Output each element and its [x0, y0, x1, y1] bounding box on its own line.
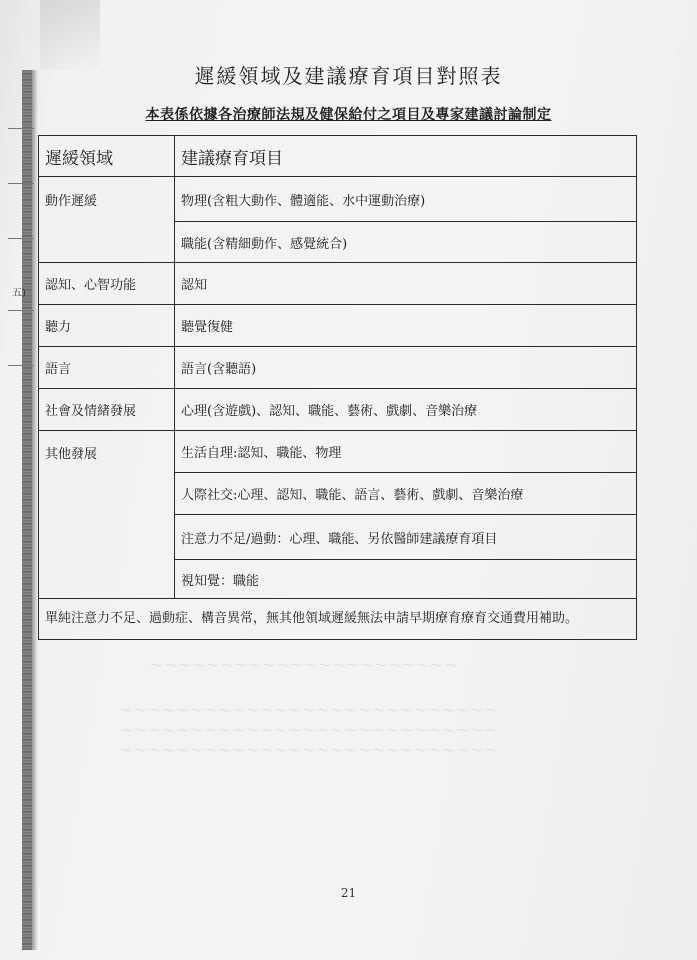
table-row: 聽力 聽覺復健 [39, 305, 637, 347]
domain-cell: 動作遲緩 [39, 177, 175, 222]
page-number: 21 [0, 886, 697, 900]
margin-tick [8, 128, 34, 129]
domain-cell: 聽力 [39, 305, 175, 347]
item-cell: 聽覺復健 [175, 305, 637, 347]
bleed-through-text: ～～～～～～～～～～～～～～～～～～～～～～～～～～～ [120, 720, 498, 739]
bleed-through-text: ～～～～～～～～～～～～～～～～～～～～～～～～～～～ [120, 700, 498, 719]
margin-tick [8, 238, 34, 239]
document-subtitle: 本表係依據各治療師法規及健保給付之項目及專家建議討論制定 [0, 104, 697, 124]
item-cell: 心理(含遊戲)、認知、職能、藝術、戲劇、音樂治療 [175, 389, 637, 431]
document-title: 遲緩領域及建議療育項目對照表 [0, 60, 697, 89]
margin-tick [8, 183, 34, 184]
footnote-cell: 單純注意力不足、過動症、構音異常，無其他領域遲緩無法申請早期療育療育交通費用補助… [39, 599, 637, 640]
margin-mark: 五) [12, 284, 26, 299]
table-row: 語言 語言(含聽語) [39, 347, 637, 389]
margin-tick [8, 365, 34, 366]
domain-cell: 其他發展 [39, 431, 175, 599]
scanned-page: 五) ～～～～～～～～～～～～～～～～～～～～～～ ～～～～～～～～～～～～～～… [0, 0, 697, 960]
item-cell: 職能(含精細動作、感覺統合) [175, 222, 637, 263]
table-header-row: 遲緩領域 建議療育項目 [39, 136, 637, 177]
domain-cell: 社會及情緒發展 [39, 389, 175, 431]
header-items: 建議療育項目 [175, 136, 637, 177]
item-cell: 注意力不足/過動：心理、職能、另依醫師建議療育項目 [175, 515, 637, 560]
item-cell: 人際社交:心理、認知、職能、語言、藝術、戲劇、音樂治療 [175, 473, 637, 515]
table-row: 認知、心智功能 認知 [39, 263, 637, 305]
table-row: 職能(含精細動作、感覺統合) [39, 222, 637, 263]
margin-tick [8, 310, 34, 311]
table-footnote-row: 單純注意力不足、過動症、構音異常，無其他領域遲緩無法申請早期療育療育交通費用補助… [39, 599, 637, 640]
table-row: 其他發展 生活自理:認知、職能、物理 [39, 431, 637, 473]
comparison-table: 遲緩領域 建議療育項目 動作遲緩 物理(含粗大動作、體適能、水中運動治療) 職能… [38, 135, 637, 640]
item-cell: 視知覺：職能 [175, 560, 637, 599]
bleed-through-text: ～～～～～～～～～～～～～～～～～～～～～～～～～～～ [120, 740, 498, 759]
item-cell: 認知 [175, 263, 637, 305]
item-cell: 生活自理:認知、職能、物理 [175, 431, 637, 473]
domain-cell-continued [39, 222, 175, 263]
binding-spine [22, 70, 32, 950]
table-row: 社會及情緒發展 心理(含遊戲)、認知、職能、藝術、戲劇、音樂治療 [39, 389, 637, 431]
table-row: 動作遲緩 物理(含粗大動作、體適能、水中運動治療) [39, 177, 637, 222]
domain-cell: 語言 [39, 347, 175, 389]
item-cell: 語言(含聽語) [175, 347, 637, 389]
item-cell: 物理(含粗大動作、體適能、水中運動治療) [175, 177, 637, 222]
bleed-through-text: ～～～～～～～～～～～～～～～～～～～～～～ [150, 655, 458, 674]
header-domain: 遲緩領域 [39, 136, 175, 177]
domain-cell: 認知、心智功能 [39, 263, 175, 305]
